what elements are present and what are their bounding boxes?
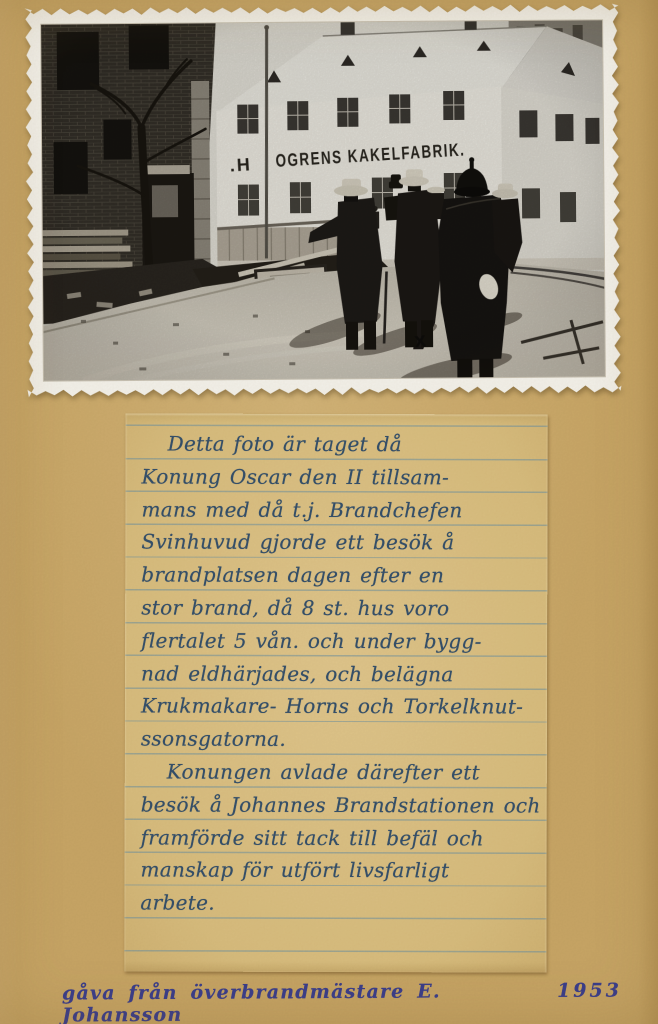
note-line: Konungen avlade därefter ett [141,755,529,789]
album-page: .H OGRENS KAKELFABRIK. [0,0,658,1024]
note-line: nad eldhärjades, och belägna [141,657,529,691]
caption: gåva från överbrandmästare E. Johansson … [62,980,622,1024]
note-line: ssonsgatorna. [141,723,529,757]
note-line: brandplatsen dagen efter en [141,559,529,593]
photo-image: .H OGRENS KAKELFABRIK. [41,20,606,394]
note-line: besök å Johannes Brandstationen och [141,788,529,822]
note-text: Detta foto är taget då Konung Oscar den … [124,413,547,920]
handwritten-note: Detta foto är taget då Konung Oscar den … [124,413,547,972]
photograph: .H OGRENS KAKELFABRIK. [24,4,621,398]
note-line: manskap för utfört livsfarligt [140,854,528,888]
note-line: arbete. [140,887,528,921]
note-line: framförde sitt tack till befäl och [141,821,529,855]
vignette [41,20,606,381]
note-line: Konung Oscar den II tillsam- [142,460,530,494]
note-line: mans med då t.j. Brandchefen [141,493,529,527]
photo-scene: .H OGRENS KAKELFABRIK. [24,4,621,398]
caption-year: 1953 [557,980,622,1002]
note-line: Krukmakare- Horns och Torkelknut- [141,690,529,724]
note-line: stor brand, då 8 st. hus voro [141,591,529,625]
caption-text: gåva från överbrandmästare E. Johansson [62,980,523,1024]
note-line: Svinhuvud gjorde ett besök å [141,526,529,560]
note-line: Detta foto är taget då [142,427,530,461]
note-line: flertalet 5 vån. och under bygg- [141,624,529,658]
